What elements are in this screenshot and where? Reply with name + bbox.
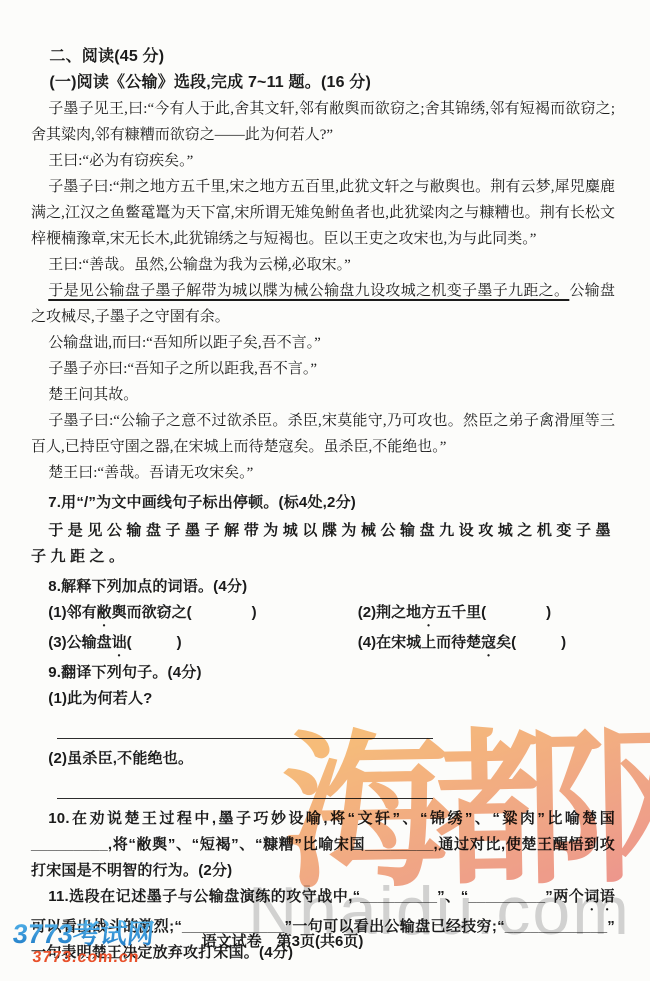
site-logo-name: 3773考试网 bbox=[11, 919, 155, 949]
passage-paragraph-2: 王曰:“必为有窃疾矣。” bbox=[31, 148, 615, 174]
q8-item-4: (4)在宋城上而待楚寇矣( ) bbox=[341, 630, 615, 660]
passage-paragraph-5: 于是见公输盘子墨子解带为城以牒为械公输盘九设攻城之机变子墨子九距之。公输盘之攻械… bbox=[31, 278, 615, 330]
q8-item-2-dotted-char: 方 bbox=[421, 604, 436, 621]
q8-item-3: (3)公输盘诎( ) bbox=[31, 630, 341, 660]
q8-item-2: (2)荆之地方五千里( ) bbox=[341, 600, 615, 630]
underlined-sentence: 于是见公输盘子墨子解带为城以牒为械公输盘九设攻城之机变子墨子九距之。 bbox=[48, 283, 569, 299]
q8-item-1: (1)邻有敝舆而欲窃之( ) bbox=[31, 600, 341, 630]
q11-dotted-words: 词语 bbox=[584, 888, 615, 905]
passage-paragraph-10: 楚王曰:“善哉。吾请无攻宋矣。” bbox=[31, 460, 615, 486]
q8-item-3-pre: (3)公输盘 bbox=[48, 634, 111, 651]
passage-paragraph-3: 子墨子曰:“荆之地方五千里,宋之地方五百里,此犹文轩之与敝舆也。荆有云梦,犀兕麋… bbox=[31, 174, 615, 252]
exam-content: 二、阅读(45 分) (一)阅读《公输》选段,完成 7~11 题。(16 分) … bbox=[31, 44, 615, 966]
question-7-stem: 7.用“/”为文中画线句子标出停顿。(标4处,2分) bbox=[31, 490, 615, 516]
q8-item-4-pre: (4)在宋城上而待楚 bbox=[358, 634, 481, 651]
passage-paragraph-4: 王曰:“善哉。虽然,公输盘为我为云梯,必取宋。” bbox=[31, 252, 615, 278]
passage-paragraph-6: 公输盘诎,而曰:“吾知所以距子矣,吾不言。” bbox=[31, 330, 615, 356]
q8-item-1-pre: (1)邻有 bbox=[48, 604, 96, 621]
answer-line-1 bbox=[57, 716, 433, 739]
q8-item-3-dotted-char: 诎 bbox=[112, 634, 127, 651]
q8-item-3-post: ( ) bbox=[127, 634, 182, 651]
q8-item-4-post: 矣( ) bbox=[496, 634, 566, 651]
question-7-sentence: 于是见公输盘子墨子解带为城以牒为械公输盘九设攻城之机变子墨子九距之。 bbox=[31, 518, 615, 570]
q9-item-1: (1)此为何若人? bbox=[31, 686, 615, 712]
q8-item-2-pre: (2)荆之地 bbox=[358, 604, 421, 621]
section-subheading: (一)阅读《公输》选段,完成 7~11 题。(16 分) bbox=[31, 70, 615, 96]
question-10: 10.在劝说楚王过程中,墨子巧妙设喻,将“文轩”、“锦绣”、“粱肉”比喻楚国__… bbox=[31, 806, 615, 884]
answer-line-2 bbox=[57, 776, 433, 799]
site-logo: 3773考试网 3773.com.cn bbox=[9, 919, 155, 967]
passage-paragraph-1: 子墨子见王,曰:“今有人于此,舍其文轩,邻有敝舆而欲窃之;舍其锦绣,邻有短褐而欲… bbox=[31, 96, 615, 148]
q8-item-4-dotted-char: 寇 bbox=[481, 634, 496, 651]
q8-item-2-post: 五千里( ) bbox=[436, 604, 551, 621]
exam-paper-page: 二、阅读(45 分) (一)阅读《公输》选段,完成 7~11 题。(16 分) … bbox=[0, 0, 650, 981]
q8-item-1-dotted-char: 敝 bbox=[97, 604, 112, 621]
passage-paragraph-9: 子墨子曰:“公输子之意不过欲杀臣。杀臣,宋莫能守,乃可攻也。然臣之弟子禽滑厘等三… bbox=[31, 408, 615, 460]
site-logo-domain: 3773.com.cn bbox=[31, 949, 152, 967]
question-9-stem: 9.翻译下列句子。(4分) bbox=[31, 660, 615, 686]
q11-pre: 11.选段在记述墨子与公输盘演练的攻守战中,“_________”、“_____… bbox=[48, 888, 584, 905]
q9-item-2: (2)虽杀臣,不能绝也。 bbox=[31, 746, 615, 772]
passage-paragraph-7: 子墨子亦曰:“吾知子之所以距我,吾不言。” bbox=[31, 356, 615, 382]
q8-item-1-post: 舆而欲窃之( ) bbox=[112, 604, 257, 621]
question-8-stem: 8.解释下列加点的词语。(4分) bbox=[31, 574, 615, 600]
passage-paragraph-8: 楚王问其故。 bbox=[31, 382, 615, 408]
question-8-items: (1)邻有敝舆而欲窃之( ) (2)荆之地方五千里( ) (3)公输盘诎( ) … bbox=[31, 600, 615, 660]
section-heading: 二、阅读(45 分) bbox=[31, 44, 615, 70]
